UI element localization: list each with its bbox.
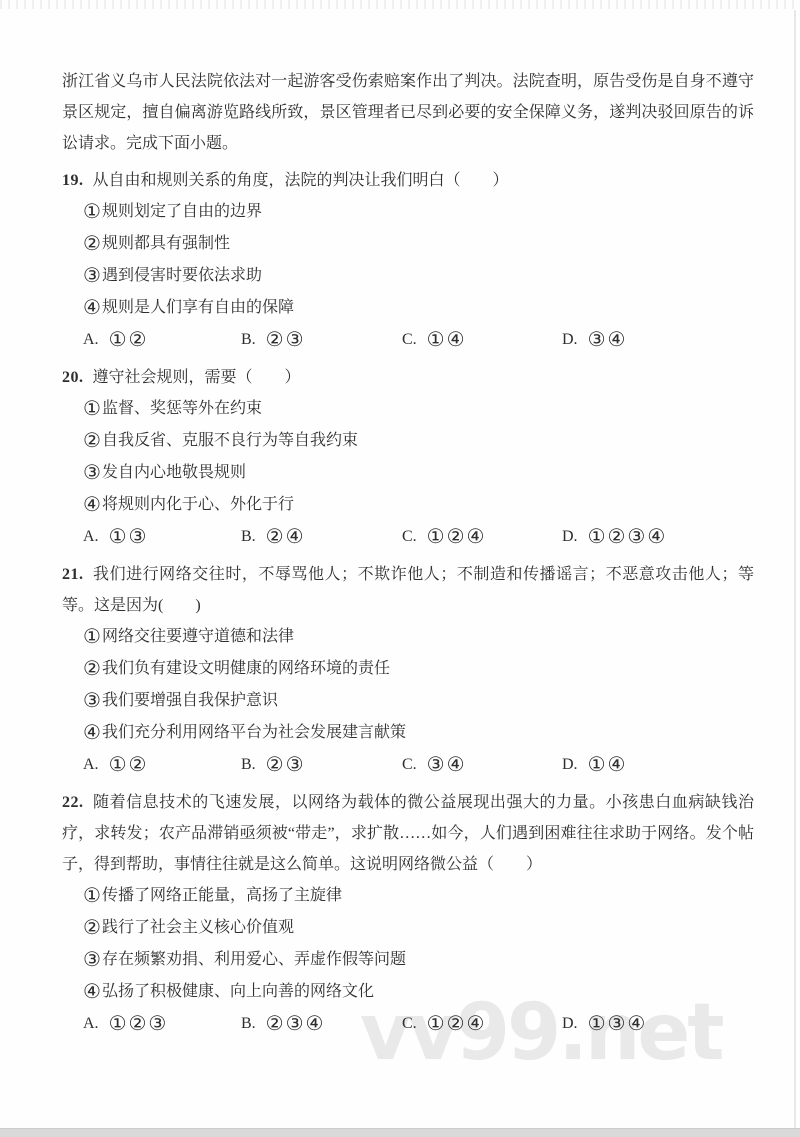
scan-edge-top — [0, 0, 800, 9]
statement-text: 发自内心地敬畏规则 — [102, 464, 246, 481]
option-label: D. — [562, 756, 588, 773]
circled-number: ④ — [83, 981, 102, 1003]
option-value: ②③ — [266, 754, 306, 776]
statement-text: 弘扬了积极健康、向上向善的网络文化 — [102, 983, 374, 1000]
option-a: A.①② — [83, 749, 241, 781]
statement-item: ①传播了网络正能量，高扬了主旋律 — [83, 880, 754, 912]
circled-number: ④ — [83, 722, 102, 744]
option-label: C. — [402, 528, 427, 545]
question-stem-text: 我们进行网络交往时，不辱骂他人；不欺诈他人；不制造和传播谣言；不恶意攻击他人；等… — [62, 566, 754, 614]
statement-item: ②规则都具有强制性 — [83, 228, 754, 260]
statement-text: 存在频繁劝捐、利用爱心、弄虚作假等问题 — [102, 951, 406, 968]
option-value: ②③ — [266, 329, 306, 351]
answer-options-row: A.①③ B.②④ C.①②④ D.①②③④ — [83, 521, 754, 553]
circled-number: ④ — [83, 494, 102, 516]
option-value: ①②④ — [427, 526, 487, 548]
statement-item: ④我们充分利用网络平台为社会发展建言献策 — [83, 717, 754, 749]
statement-text: 规则都具有强制性 — [102, 235, 230, 252]
option-c: C.①②④ — [402, 1008, 562, 1040]
option-value: ③④ — [427, 754, 467, 776]
statement-item: ③发自内心地敬畏规则 — [83, 457, 754, 489]
circled-number: ③ — [83, 462, 102, 484]
option-label: C. — [402, 331, 427, 348]
option-label: D. — [562, 331, 588, 348]
statement-text: 我们负有建设文明健康的网络环境的责任 — [102, 660, 390, 677]
option-a: A.①② — [83, 324, 241, 356]
option-label: A. — [83, 1015, 109, 1032]
statement-text: 传播了网络正能量，高扬了主旋律 — [102, 887, 342, 904]
statement-item: ①监督、奖惩等外在约束 — [83, 393, 754, 425]
option-value: ①③④ — [588, 1013, 648, 1035]
circled-number: ③ — [83, 265, 102, 287]
page-bottom-edge — [0, 1128, 800, 1137]
option-label: C. — [402, 1015, 427, 1032]
question-stem: 20.遵守社会规则，需要（ ） — [62, 362, 754, 393]
option-value: ①④ — [427, 329, 467, 351]
statement-item: ②自我反省、克服不良行为等自我约束 — [83, 425, 754, 457]
option-label: D. — [562, 528, 588, 545]
statement-text: 监督、奖惩等外在约束 — [102, 400, 262, 417]
statement-text: 规则划定了自由的边界 — [102, 203, 262, 220]
question-stem: 19.从自由和规则关系的角度，法院的判决让我们明白（ ） — [62, 165, 754, 196]
option-value: ①③ — [109, 526, 149, 548]
exam-page: vv99.net 浙江省义乌市人民法院依法对一起游客受伤索赔案作出了判决。法院查… — [0, 0, 800, 1137]
question-stem-text: 遵守社会规则，需要（ ） — [93, 369, 301, 386]
option-label: B. — [241, 756, 266, 773]
option-label: B. — [241, 1015, 266, 1032]
question-number: 19. — [62, 172, 93, 189]
question-stem-text: 随着信息技术的飞速发展，以网络为载体的微公益展现出强大的力量。小孩患白血病缺钱治… — [62, 794, 754, 873]
option-label: A. — [83, 528, 109, 545]
option-value: ②③④ — [266, 1013, 326, 1035]
circled-number: ① — [83, 885, 102, 907]
circled-number: ② — [83, 233, 102, 255]
option-b: B.②③ — [241, 749, 402, 781]
circled-number: ① — [83, 201, 102, 223]
question-stem: 22.随着信息技术的飞速发展，以网络为载体的微公益展现出强大的力量。小孩患白血病… — [62, 787, 754, 880]
circled-number: ② — [83, 658, 102, 680]
option-value: ①②④ — [427, 1013, 487, 1035]
option-b: B.②④ — [241, 521, 402, 553]
option-b: B.②③④ — [241, 1008, 402, 1040]
exam-content: 浙江省义乌市人民法院依法对一起游客受伤索赔案作出了判决。法院查明，原告受伤是自身… — [62, 66, 754, 1040]
question-21: 21.我们进行网络交往时，不辱骂他人；不欺诈他人；不制造和传播谣言；不恶意攻击他… — [62, 559, 754, 781]
statement-text: 我们要增强自我保护意识 — [102, 692, 278, 709]
statement-item: ④规则是人们享有自由的保障 — [83, 292, 754, 324]
circled-number: ① — [83, 398, 102, 420]
statement-text: 遇到侵害时要依法求助 — [102, 267, 262, 284]
answer-options-row: A.①②③ B.②③④ C.①②④ D.①③④ — [83, 1008, 754, 1040]
statement-text: 践行了社会主义核心价值观 — [102, 919, 294, 936]
option-a: A.①③ — [83, 521, 241, 553]
answer-options-row: A.①② B.②③ C.①④ D.③④ — [83, 324, 754, 356]
option-a: A.①②③ — [83, 1008, 241, 1040]
circled-number: ③ — [83, 949, 102, 971]
circled-number: ① — [83, 626, 102, 648]
option-label: D. — [562, 1015, 588, 1032]
option-label: A. — [83, 756, 109, 773]
statement-item: ③存在频繁劝捐、利用爱心、弄虚作假等问题 — [83, 944, 754, 976]
circled-number: ④ — [83, 297, 102, 319]
option-d: D.①②③④ — [562, 521, 754, 553]
statement-text: 我们充分利用网络平台为社会发展建言献策 — [102, 724, 406, 741]
statement-text: 将规则内化于心、外化于行 — [102, 496, 294, 513]
option-value: ②④ — [266, 526, 306, 548]
option-c: C.①④ — [402, 324, 562, 356]
circled-number: ② — [83, 430, 102, 452]
page-right-edge — [794, 10, 796, 1128]
option-label: A. — [83, 331, 109, 348]
option-c: C.③④ — [402, 749, 562, 781]
statement-item: ④将规则内化于心、外化于行 — [83, 489, 754, 521]
option-d: D.①③④ — [562, 1008, 754, 1040]
statement-item: ②我们负有建设文明健康的网络环境的责任 — [83, 653, 754, 685]
option-value: ①② — [109, 329, 149, 351]
statement-text: 自我反省、克服不良行为等自我约束 — [102, 432, 358, 449]
statement-item: ②践行了社会主义核心价值观 — [83, 912, 754, 944]
question-number: 21. — [62, 566, 93, 583]
option-label: B. — [241, 331, 266, 348]
option-d: D.③④ — [562, 324, 754, 356]
answer-options-row: A.①② B.②③ C.③④ D.①④ — [83, 749, 754, 781]
option-value: ①②③ — [109, 1013, 169, 1035]
question-20: 20.遵守社会规则，需要（ ） ①监督、奖惩等外在约束 ②自我反省、克服不良行为… — [62, 362, 754, 553]
question-22: 22.随着信息技术的飞速发展，以网络为载体的微公益展现出强大的力量。小孩患白血病… — [62, 787, 754, 1040]
option-label: B. — [241, 528, 266, 545]
question-number: 20. — [62, 369, 93, 386]
option-b: B.②③ — [241, 324, 402, 356]
circled-number: ③ — [83, 690, 102, 712]
option-label: C. — [402, 756, 427, 773]
option-d: D.①④ — [562, 749, 754, 781]
question-19: 19.从自由和规则关系的角度，法院的判决让我们明白（ ） ①规则划定了自由的边界… — [62, 165, 754, 356]
statement-item: ①规则划定了自由的边界 — [83, 196, 754, 228]
statement-item: ④弘扬了积极健康、向上向善的网络文化 — [83, 976, 754, 1008]
circled-number: ② — [83, 917, 102, 939]
statement-item: ③遇到侵害时要依法求助 — [83, 260, 754, 292]
statement-text: 规则是人们享有自由的保障 — [102, 299, 294, 316]
option-value: ①④ — [588, 754, 628, 776]
statement-text: 网络交往要遵守道德和法律 — [102, 628, 294, 645]
option-value: ①② — [109, 754, 149, 776]
question-stem: 21.我们进行网络交往时，不辱骂他人；不欺诈他人；不制造和传播谣言；不恶意攻击他… — [62, 559, 754, 621]
option-value: ③④ — [588, 329, 628, 351]
option-value: ①②③④ — [588, 526, 668, 548]
option-c: C.①②④ — [402, 521, 562, 553]
question-stem-text: 从自由和规则关系的角度，法院的判决让我们明白（ ） — [93, 172, 509, 189]
passage-text: 浙江省义乌市人民法院依法对一起游客受伤索赔案作出了判决。法院查明，原告受伤是自身… — [62, 66, 754, 159]
statement-item: ①网络交往要遵守道德和法律 — [83, 621, 754, 653]
question-number: 22. — [62, 794, 93, 811]
statement-item: ③我们要增强自我保护意识 — [83, 685, 754, 717]
